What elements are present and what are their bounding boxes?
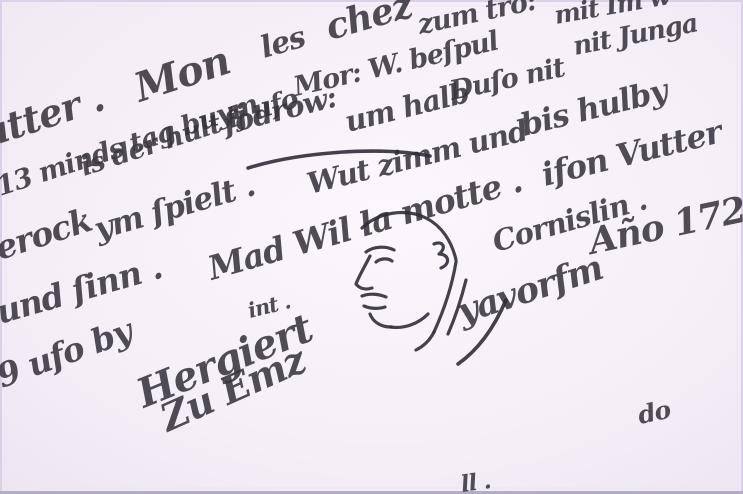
manuscript-photo: Monleschezzum tro:mit Im wutter .is der … (0, 0, 743, 494)
handwriting-fragment: ll . (459, 467, 492, 494)
manuscript-canvas: Monleschezzum tro:mit Im wutter .is der … (0, 0, 743, 494)
